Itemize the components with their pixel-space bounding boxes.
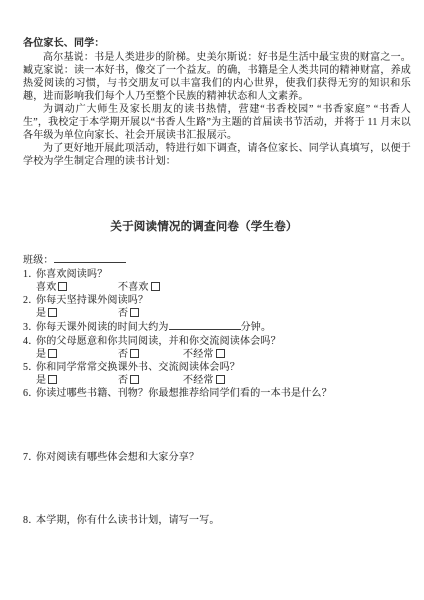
question-8-text: 本学期，你有什么读书计划，请写一写。 [36,515,220,526]
class-label: 班级： [23,255,54,266]
option-label: 不经常 [183,375,214,386]
question-3-text-before: 你每天课外阅读的时间大约为 [36,322,169,333]
question-7: 7．你对阅读有哪些体会想和大家分享？ [23,451,411,464]
question-1-number: 1． [23,268,36,281]
document-page: 各位家长、同学： 高尔基说：书是人类进步的阶梯。史美尔斯说：好书是生活中最宝贵的… [0,0,424,600]
question-2: 2．你每天坚持课外阅读吗？ [23,294,411,307]
question-5: 5．你和同学常常交换课外书、交流阅读体会吗？ [23,361,411,374]
question-7-number: 7． [23,451,36,464]
option-label: 是 [36,349,46,360]
checkbox[interactable] [48,349,57,358]
checkbox[interactable] [216,375,225,384]
question-4: 4．你的父母愿意和你共同阅读，并和你交流阅读体会吗？ [23,335,411,348]
option-rarely: 不经常 [183,374,225,387]
class-row: 班级： [23,253,411,268]
question-6-text: 你读过哪些书籍、刊物？你最想推荐给同学们看的一本书是什么？ [36,388,332,399]
question-1-options: 喜欢不喜欢 [23,281,411,294]
form-title: 关于阅读情况的调查问卷（学生卷） [23,220,385,234]
option-rarely: 不经常 [183,348,225,361]
question-1: 1．你喜欢阅读吗？ [23,268,411,281]
question-5-text: 你和同学常常交换课外书、交流阅读体会吗？ [36,362,240,373]
questionnaire-section: 关于阅读情况的调查问卷（学生卷） 班级： 1．你喜欢阅读吗？ 喜欢不喜欢 2．你… [23,220,411,527]
checkbox[interactable] [58,282,67,291]
question-6-number: 6． [23,387,36,400]
checkbox[interactable] [48,308,57,317]
option-label: 不喜欢 [118,282,149,293]
letter-paragraph-3: 为了更好地开展此项活动，特进行如下调查，请各位家长、同学认真填写，以便于学校为学… [23,142,411,168]
option-dislike: 不喜欢 [118,281,183,294]
checkbox[interactable] [130,349,139,358]
class-blank-field[interactable] [54,253,126,263]
checkbox[interactable] [151,282,160,291]
option-like: 喜欢 [36,281,118,294]
checkbox[interactable] [130,308,139,317]
letter-section: 各位家长、同学： 高尔基说：书是人类进步的阶梯。史美尔斯说：好书是生活中最宝贵的… [23,37,411,168]
question-3: 3．你每天课外阅读的时间大约为分钟。 [23,320,411,334]
option-no: 否 [118,374,183,387]
question-2-number: 2． [23,294,36,307]
question-2-options: 是否 [23,307,411,320]
checkbox[interactable] [130,375,139,384]
checkbox[interactable] [48,375,57,384]
question-5-number: 5． [23,361,36,374]
option-yes: 是 [36,348,118,361]
question-8-number: 8． [23,514,36,527]
option-label: 不经常 [183,349,214,360]
option-label: 喜欢 [36,282,56,293]
question-1-text: 你喜欢阅读吗？ [36,269,107,280]
question-8: 8．本学期，你有什么读书计划，请写一写。 [23,514,411,527]
question-4-text: 你的父母愿意和你共同阅读，并和你交流阅读体会吗？ [36,336,281,347]
option-label: 否 [118,349,128,360]
option-label: 是 [36,375,46,386]
minutes-blank-field[interactable] [169,320,241,330]
option-no: 否 [118,307,183,320]
question-2-text: 你每天坚持课外阅读吗？ [36,295,148,306]
option-label: 否 [118,375,128,386]
question-6: 6．你读过哪些书籍、刊物？你最想推荐给同学们看的一本书是什么？ [23,387,411,400]
question-3-text-after: 分钟。 [241,322,272,333]
checkbox[interactable] [216,349,225,358]
question-3-number: 3． [23,321,36,334]
question-5-options: 是否不经常 [23,374,411,387]
letter-salutation: 各位家长、同学： [23,37,411,50]
letter-paragraph-2: 为调动广大师生及家长朋友的读书热情，营建“书香校园” “书香家庭” “书香人生”… [23,103,411,142]
option-label: 是 [36,308,46,319]
option-yes: 是 [36,307,118,320]
letter-paragraph-1: 高尔基说：书是人类进步的阶梯。史美尔斯说：好书是生活中最宝贵的财富之一。臧克家说… [23,51,411,103]
option-label: 否 [118,308,128,319]
question-4-options: 是否不经常 [23,348,411,361]
question-7-text: 你对阅读有哪些体会想和大家分享？ [36,452,199,463]
question-4-number: 4． [23,335,36,348]
option-no: 否 [118,348,183,361]
option-yes: 是 [36,374,118,387]
